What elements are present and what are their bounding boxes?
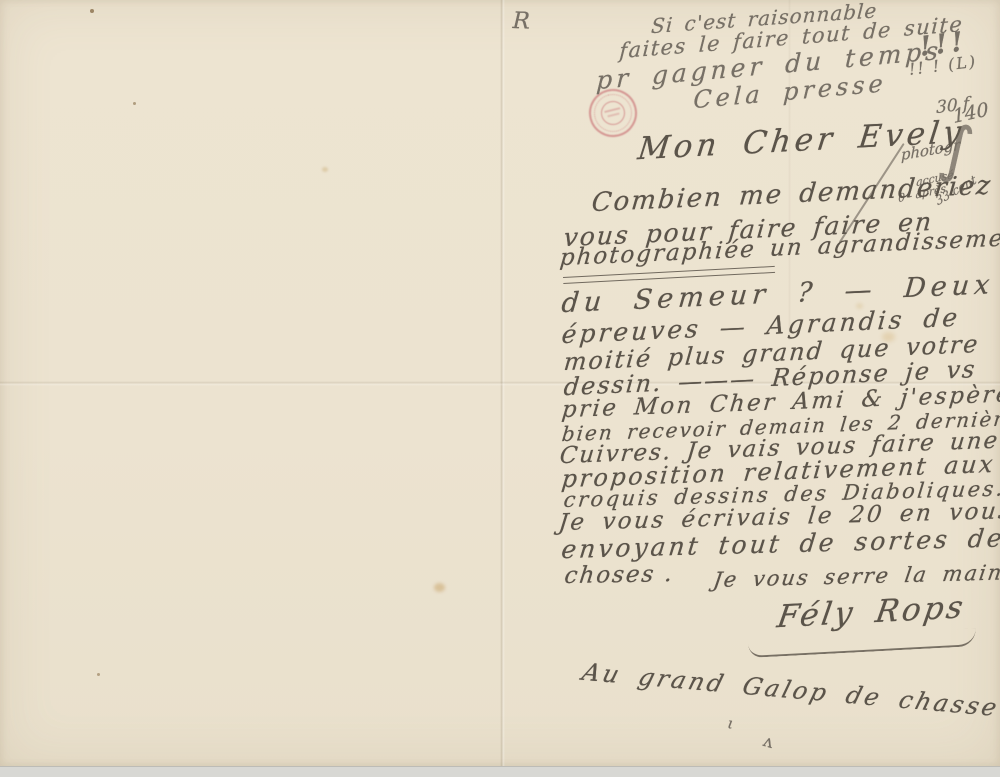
registrar-r-mark: R: [512, 10, 530, 34]
foxing-spot: [322, 167, 328, 172]
letter-scan: R Si c'est raisonnable faites le faire t…: [0, 0, 1000, 777]
foxing-spot: [97, 673, 100, 676]
foxing-spot: [133, 102, 136, 105]
letter-line: choses .: [563, 563, 675, 588]
foxing-spot: [90, 9, 94, 13]
scanner-background-strip: [0, 766, 1000, 777]
foxing-spot: [434, 583, 445, 592]
